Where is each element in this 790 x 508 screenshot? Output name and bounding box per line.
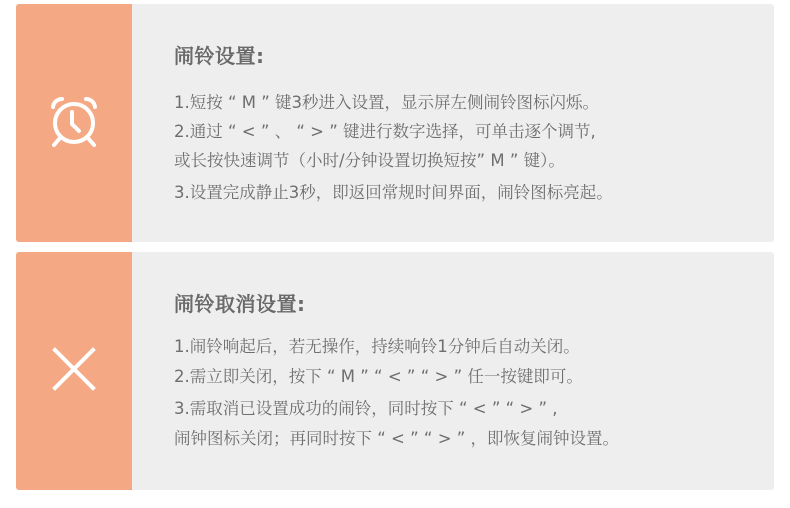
instruction-line: 3.需取消已设置成功的闹铃，同时按下 “ < ” “ > ” ,: [174, 394, 619, 424]
instruction-line: 闹钟图标关闭；再同时按下 “ < ” “ > ” ，即恢复闹钟设置。: [174, 424, 619, 454]
alarm-settings-card: 闹铃设置: 1.短按 “ M ” 键3秒进入设置，显示屏左侧闹铃图标闪烁。 2.…: [16, 4, 774, 242]
alarm-clock-icon: [43, 90, 105, 156]
section-title: 闹铃设置:: [174, 40, 265, 69]
instruction-line: 1.短按 “ M ” 键3秒进入设置，显示屏左侧闹铃图标闪烁。: [174, 88, 613, 117]
close-icon: [51, 346, 97, 396]
alarm-settings-icon-panel: [16, 4, 132, 242]
instruction-line: 1.闹铃响起后，若无操作，持续响铃1分钟后自动关闭。: [174, 332, 619, 362]
instruction-list: 1.闹铃响起后，若无操作，持续响铃1分钟后自动关闭。 2.需立即关闭，按下 “ …: [174, 332, 619, 453]
alarm-cancel-card: 闹铃取消设置: 1.闹铃响起后，若无操作，持续响铃1分钟后自动关闭。 2.需立即…: [16, 252, 774, 490]
instruction-list: 1.短按 “ M ” 键3秒进入设置，显示屏左侧闹铃图标闪烁。 2.通过 “ <…: [174, 88, 613, 207]
section-title: 闹铃取消设置:: [174, 288, 306, 317]
instruction-line: 2.需立即关闭，按下 “ M ” “ < ” “ > ” 任一按键即可。: [174, 362, 619, 392]
instruction-line: 3.设置完成静止3秒，即返回常规时间界面，闹铃图标亮起。: [174, 178, 613, 207]
instruction-line: 2.通过 “ < ” 、 “ > ” 键进行数字选择，可单击逐个调节,: [174, 117, 613, 146]
instruction-line: 或长按快速调节（小时/分钟设置切换短按” M ” 键）。: [174, 146, 613, 175]
alarm-cancel-icon-panel: [16, 252, 132, 490]
